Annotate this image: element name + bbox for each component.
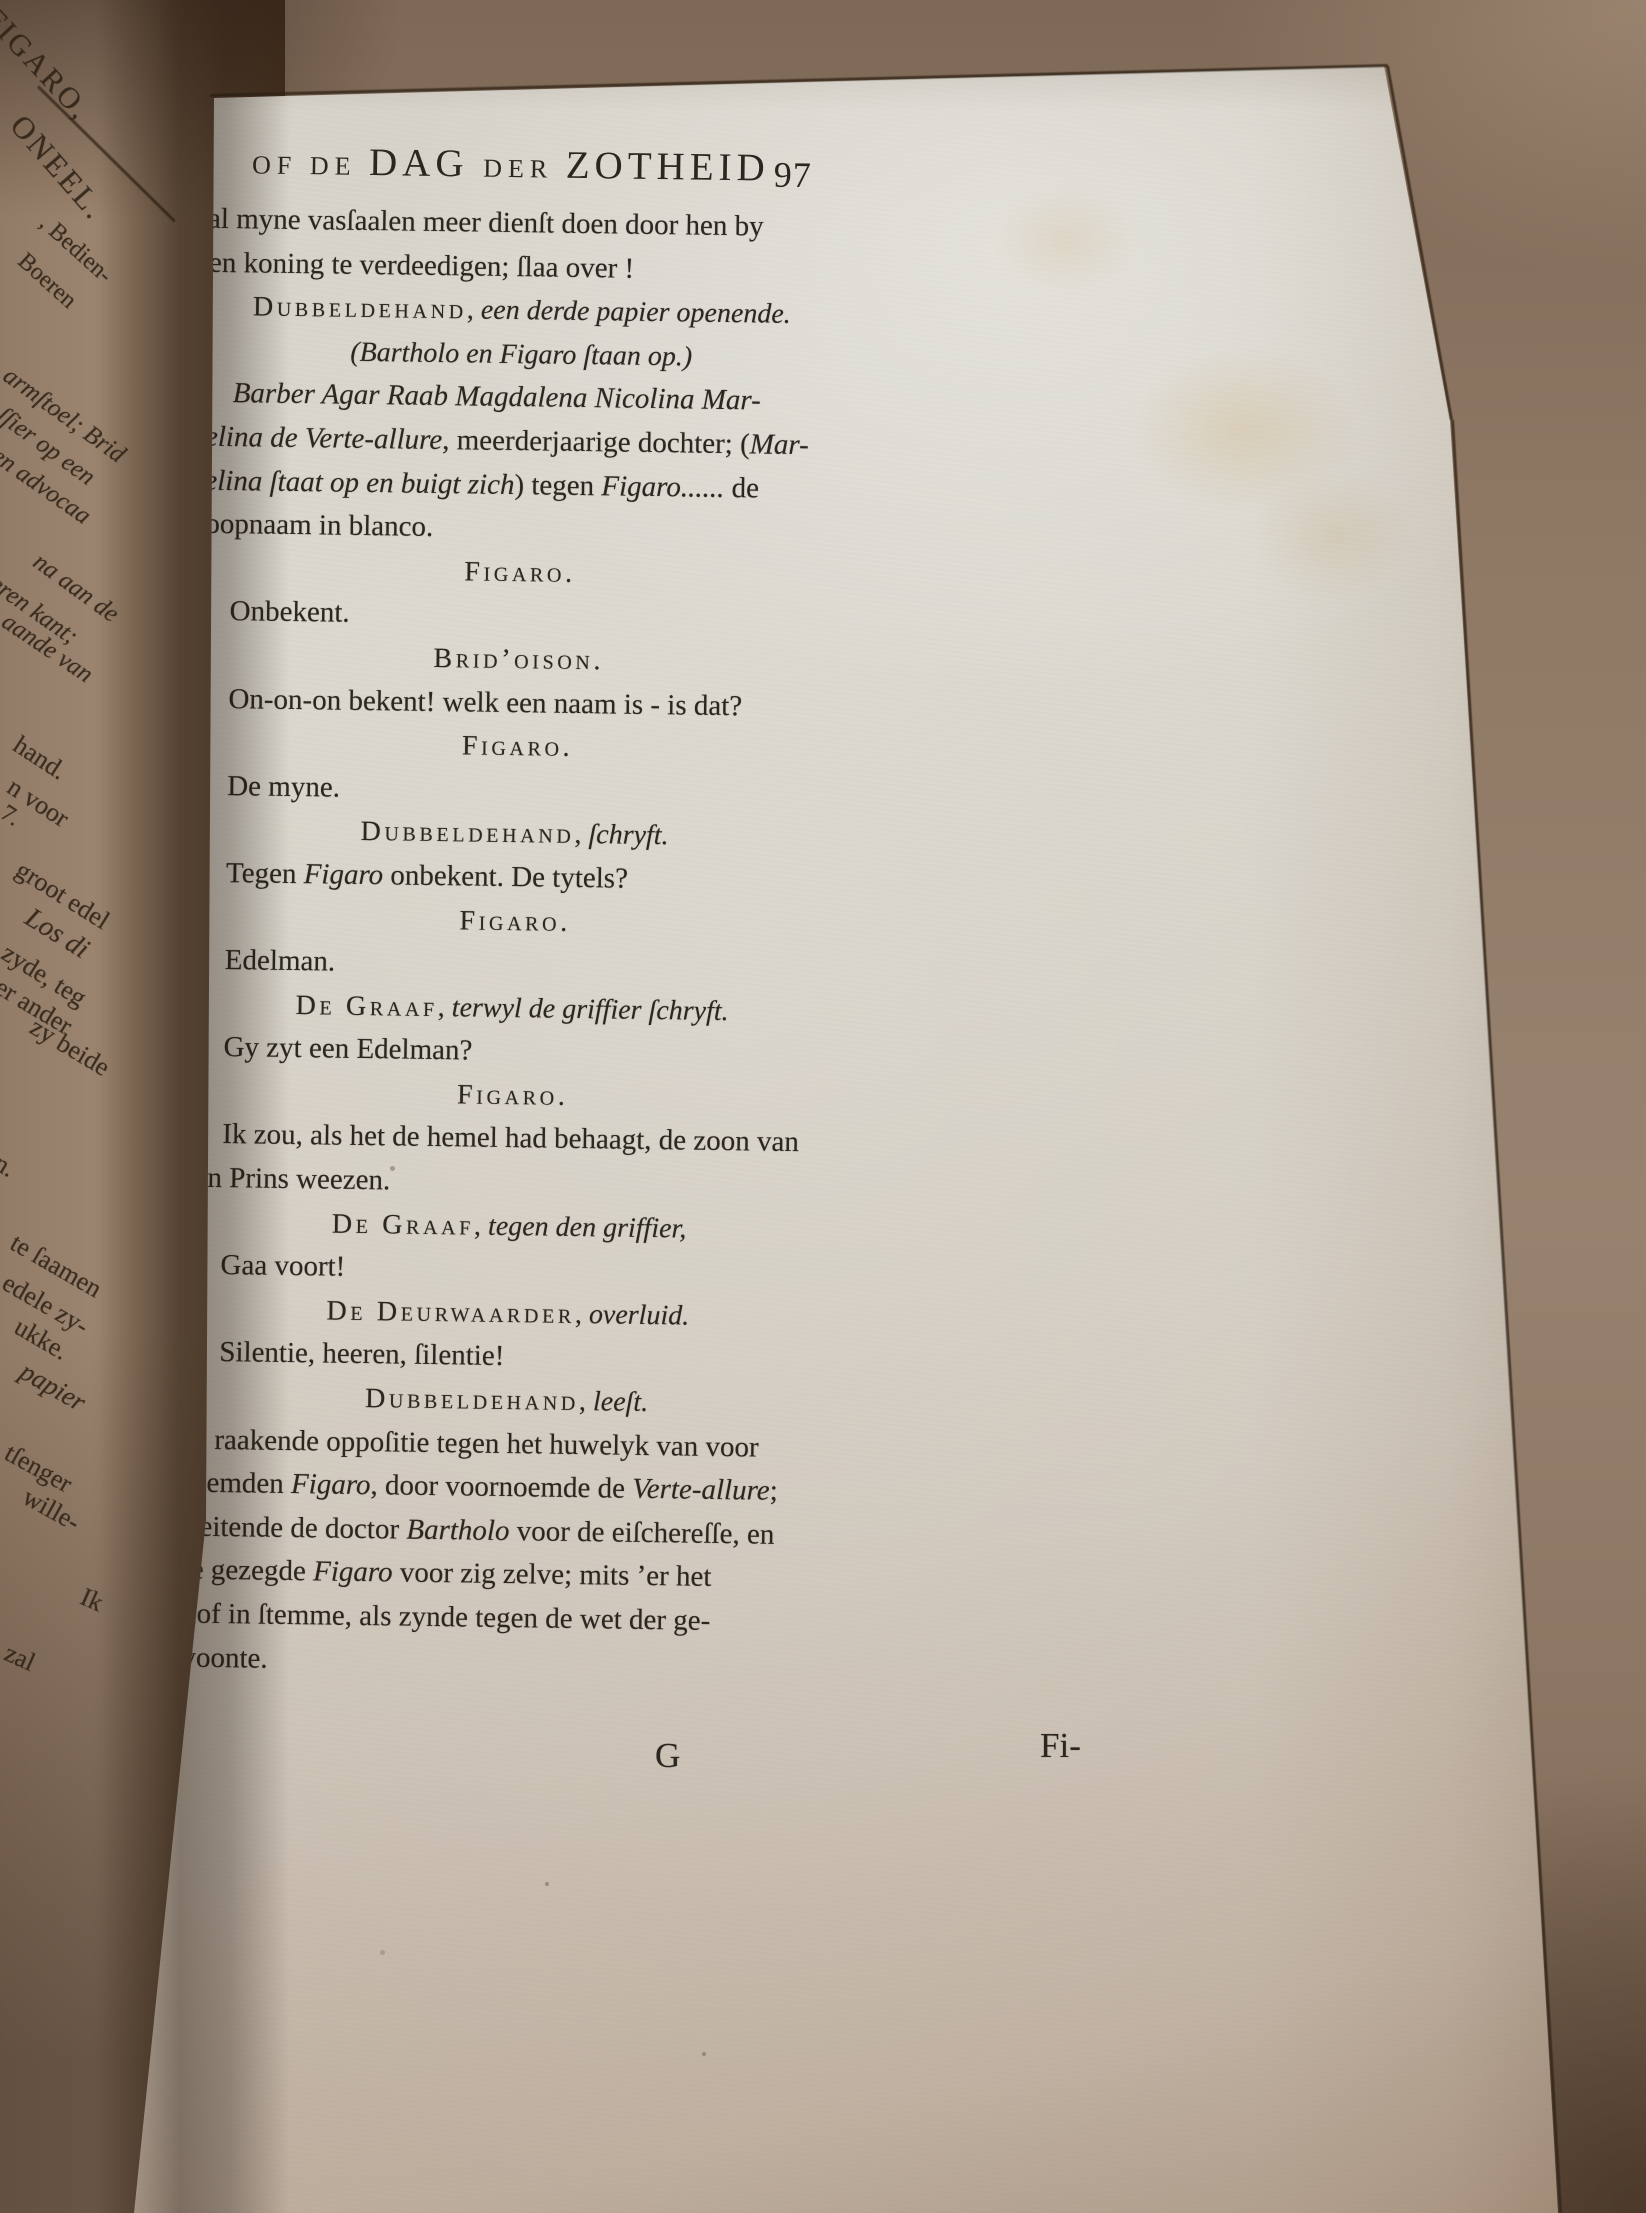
book-page: OF DE DAG DER ZOTHEID 97 zal myne vasſaa… [0, 0, 1646, 2213]
text-segment: de [724, 472, 759, 504]
text-segment: Hof in ſtemme, als zynde tegen de wet de… [175, 1597, 710, 1636]
catchword: Fi- [1040, 1726, 1081, 1766]
text-segment: Mar- [750, 428, 809, 461]
left-page-text-fragment: papier [15, 1356, 92, 1418]
left-page-text-fragment: Ik [76, 1582, 108, 1618]
text-segment: Onbekent. [229, 595, 349, 629]
text-segment: Ik zou, als het de hemel had behaagt, de… [222, 1119, 799, 1159]
paper-stain [990, 185, 1140, 295]
text-segment: ) tegen [514, 469, 601, 502]
text-segment: ſchryft. [588, 819, 669, 851]
text-segment: , [438, 992, 452, 1023]
text-segment: Figaro [291, 1468, 371, 1501]
text-segment: , door voornoemde de [370, 1469, 632, 1505]
page-number: 97 [774, 154, 813, 197]
running-title-segment: DAG [369, 141, 484, 186]
text-segment: (Bartholo en Figaro ſtaan op.) [350, 337, 692, 373]
text-segment: , meerderjaarige dochter; ( [442, 424, 750, 460]
text-segment: Figaro [313, 1556, 393, 1589]
text-segment: .... raakende oppoſitie tegen het huwely… [178, 1423, 759, 1463]
running-title: OF DE DAG DER ZOTHEID [252, 160, 770, 184]
text-line: Tegen Figaro onbekent. De tytels? [186, 851, 817, 903]
text-segment: doopnaam in blanco. [191, 508, 434, 543]
dialogue-heading: Dubbeldehand, een derde papier openende. [194, 285, 825, 337]
text-block: OF DE DAG DER ZOTHEID 97 zal myne vasſaa… [175, 138, 826, 1689]
text-segment: overluid. [589, 1299, 690, 1331]
text-segment: voor zig zelve; mits ’er het [392, 1557, 711, 1593]
text-segment: den koning te verdeedigen; ſlaa over ! [194, 246, 634, 284]
running-title-segment: DER [483, 154, 566, 184]
text-line: een Prins weezen. [181, 1157, 812, 1209]
left-page-text-fragment: zal [0, 1638, 40, 1678]
text-line: Gy zyt een Edelman? [183, 1026, 814, 1078]
text-segment: Figaro [457, 1079, 558, 1111]
text-segment: Brid’oison [433, 643, 593, 676]
text-segment: een Prins weezen. [182, 1162, 391, 1197]
text-segment: . [593, 645, 600, 676]
text-line: De myne. [187, 764, 818, 816]
text-segment: zal myne vasſaalen meer dienſt doen door… [195, 203, 764, 243]
text-segment: . [560, 906, 567, 937]
text-segment: De Graaf [332, 1208, 475, 1241]
text-segment: On-on-on bekent! welk een naam is - is d… [228, 683, 742, 722]
book-photo: FIGARO,ONEEL., Bedien-Boerenarmſtoel; Br… [0, 0, 1646, 2213]
left-page-text-fragment: FIGARO, [0, 2, 98, 128]
text-segment: . [562, 732, 569, 763]
text-line: Edelman. [184, 939, 815, 991]
running-title-segment: OF DE [252, 150, 369, 181]
text-segment: . [558, 1081, 565, 1112]
text-segment: ; [769, 1475, 778, 1507]
signature-mark: G [655, 1736, 680, 1776]
text-segment: Barber Agar Raab Magdalena Nicolina Mar- [232, 377, 760, 416]
paper-stain [1250, 470, 1420, 600]
text-segment: terwyl de griffier ſchryft. [452, 992, 729, 1027]
text-segment: De Deurwaarder [326, 1295, 575, 1329]
text-line: woonte. [175, 1636, 806, 1688]
text-line: doopnaam in blanco. [191, 503, 822, 555]
paper-stain [1130, 345, 1360, 515]
text-segment: Dubbeldehand [365, 1383, 579, 1417]
page-header: OF DE DAG DER ZOTHEID 97 [195, 138, 826, 205]
text-segment: celina ſtaat op en buigt zich [191, 464, 514, 501]
text-segment: De Graaf [295, 990, 438, 1023]
text-segment: Silentie, heeren, ſilentie! [219, 1336, 504, 1372]
text-segment: Figaro [303, 858, 383, 891]
text-segment: Gaa voort! [220, 1249, 345, 1283]
running-title-segment: ZOTHEID [565, 144, 770, 190]
text-segment: , [474, 1210, 488, 1241]
text-segment: , [574, 819, 588, 850]
text-segment: Dubbeldehand [253, 292, 467, 326]
left-page-text-fragment: n. [0, 1148, 21, 1184]
text-segment: , [575, 1299, 589, 1330]
text-segment: pleitende de doctor [177, 1510, 407, 1545]
text-segment: Figaro...... [601, 470, 724, 504]
text-segment: Dubbeldehand [360, 816, 574, 850]
text-segment: , [467, 295, 481, 326]
paper-speck [380, 1950, 385, 1955]
text-segment: Tegen [226, 857, 304, 890]
text-line: On-on-on bekent! welk een naam is - is d… [188, 677, 819, 729]
text-segment: Bartholo [406, 1513, 510, 1546]
text-line: Silentie, heeren, ſilentie! [179, 1331, 810, 1383]
text-segment: , [579, 1386, 593, 1417]
text-line: Hof in ſtemme, als zynde tegen de wet de… [175, 1592, 806, 1644]
text-segment: onbekent. De tytels? [383, 859, 628, 894]
text-line: Gaa voort! [180, 1244, 811, 1296]
text-line: Onbekent. [189, 590, 820, 642]
text-segment: celina de Verte-allure [192, 421, 443, 456]
text-segment: leeſt. [593, 1386, 649, 1418]
text-segment: . [565, 558, 572, 589]
text-segment: Verte-allure [632, 1473, 770, 1507]
text-segment: Figaro [464, 556, 565, 588]
text-segment: een derde papier openende. [481, 295, 791, 330]
text-segment: Edelman. [225, 944, 336, 978]
text-segment: tegen den griffier, [488, 1210, 687, 1244]
text-segment: Figaro [459, 905, 560, 937]
left-page-text-fragment: ONEEL. [3, 108, 114, 228]
paper-speck [702, 2052, 706, 2056]
text-segment: voor de eiſchereſſe, en [509, 1515, 774, 1551]
text-segment: De myne. [227, 770, 340, 804]
text-segment: Gy zyt een Edelman? [223, 1031, 472, 1066]
text-segment: Figaro [462, 730, 563, 762]
paper-speck [545, 1882, 549, 1886]
